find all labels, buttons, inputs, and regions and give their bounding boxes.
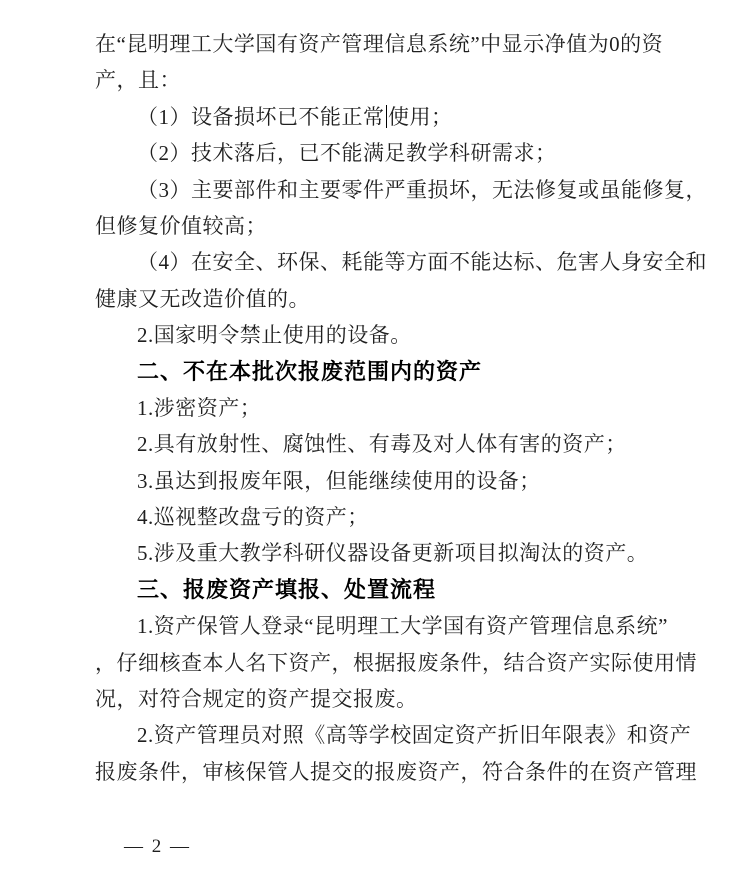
paragraph-line[interactable]: 3.虽达到报废年限，但能继续使用的设备； [95,463,653,499]
document-text-area[interactable]: 在“昆明理工大学国有资产管理信息系统”中显示净值为0的资 产，且： （1）设备损… [95,26,653,790]
paragraph-line[interactable]: ，仔细核查本人名下资产，根据报废条件，结合资产实际使用情 [95,645,653,681]
line-text-after-cursor: 使用； [388,105,453,129]
paragraph-line[interactable]: （2）技术落后，已不能满足教学科研需求； [95,135,653,171]
paragraph-line[interactable]: 产，且： [95,62,653,98]
line-text-before-cursor: （1）设备损坏已不能正常 [137,105,385,129]
paragraph-line[interactable]: 2.国家明令禁止使用的设备。 [95,317,653,353]
paragraph-line[interactable]: 5.涉及重大教学科研仪器设备更新项目拟淘汰的资产。 [95,535,653,571]
paragraph-line[interactable]: 1.资产保管人登录“昆明理工大学国有资产管理信息系统” [95,608,653,644]
paragraph-line[interactable]: 2.具有放射性、腐蚀性、有毒及对人体有害的资产； [95,426,653,462]
paragraph-line[interactable]: 4.巡视整改盘亏的资产； [95,499,653,535]
paragraph-line[interactable]: （3）主要部件和主要零件严重损坏，无法修复或虽能修复， [95,172,653,208]
section-heading[interactable]: 二、不在本批次报废范围内的资产 [95,354,653,390]
paragraph-line[interactable]: 在“昆明理工大学国有资产管理信息系统”中显示净值为0的资 [95,26,653,62]
text-cursor [386,105,388,128]
paragraph-line[interactable]: （1）设备损坏已不能正常使用； [95,99,653,135]
paragraph-line[interactable]: 但修复价值较高； [95,208,653,244]
section-heading[interactable]: 三、报废资产填报、处置流程 [95,572,653,608]
paragraph-line[interactable]: （4）在安全、环保、耗能等方面不能达标、危害人身安全和 [95,244,653,280]
page-number: — 2 — [124,836,191,858]
paragraph-line[interactable]: 报废条件，审核保管人提交的报废资产，符合条件的在资产管理 [95,754,653,790]
paragraph-line[interactable]: 1.涉密资产； [95,390,653,426]
paragraph-line[interactable]: 况，对符合规定的资产提交报废。 [95,681,653,717]
paragraph-line[interactable]: 2.资产管理员对照《高等学校固定资产折旧年限表》和资产 [95,717,653,753]
paragraph-line[interactable]: 健康又无改造价值的。 [95,281,653,317]
document-page: 在“昆明理工大学国有资产管理信息系统”中显示净值为0的资 产，且： （1）设备损… [0,0,743,885]
